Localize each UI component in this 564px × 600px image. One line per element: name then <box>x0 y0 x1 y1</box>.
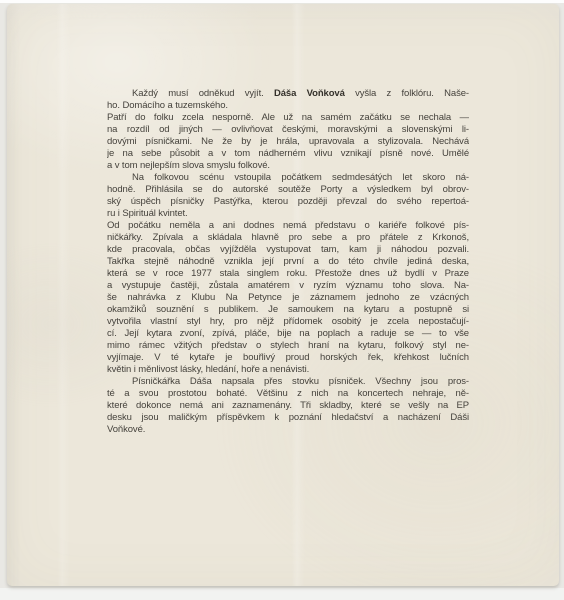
text-segment: a v tom nejlepším slova smyslu folkové. <box>107 160 270 171</box>
text-line: ničkářky. Zpívala a skládala hlavně pro … <box>107 232 469 244</box>
text-segment: vytvořila vlastní styl hry, pro nějž pří… <box>107 316 469 327</box>
text-line: okamžiků souznění s publikem. Je samouke… <box>107 304 469 316</box>
text-segment: je na sebe působit a v tom nádherném vli… <box>107 148 469 159</box>
text-segment: hodně. Přihlásila se do autorské soutěže… <box>107 184 469 195</box>
text-line: na rozdíl od jiných — ovlivňovat českými… <box>107 124 469 136</box>
text-segment: dovými písničkami. Ne že by je hrála, up… <box>107 136 469 147</box>
text-segment: která se v roce 1977 stala singlem roku.… <box>107 268 469 279</box>
text-segment: květin i měnlivost lásky, hledání, hoře … <box>107 364 309 375</box>
text-line: Patří do folku zcela nesporně. Ale už na… <box>107 112 469 124</box>
text-segment: desku jsou maličkým příspěvkem k poznání… <box>107 412 469 423</box>
text-segment: Takřka stejně náhodně vznikla její první… <box>107 256 469 267</box>
text-line: květin i měnlivost lásky, hledání, hoře … <box>107 364 469 376</box>
artist-name: Dáša Voňková <box>274 88 345 99</box>
text-segment: a vystupuje častěji, zůstala amatérem v … <box>107 280 469 291</box>
text-segment: ho. Domácího a tuzemského. <box>107 100 228 111</box>
text-segment: Od počátku neměla a ani dodnes nemá před… <box>107 220 469 231</box>
text-line: kde pracovala, občas vyjížděla vystupova… <box>107 244 469 256</box>
text-line: Takřka stejně náhodně vznikla její první… <box>107 256 469 268</box>
text-segment: které dokonce nemá ani zaznamenány. Tři … <box>107 400 469 411</box>
text-line: ský úspěch písničky Pastýřka, kterou poz… <box>107 196 469 208</box>
scanned-page: Každý musí odněkud vyjít. Dáša Voňková v… <box>0 0 564 600</box>
text-line: desku jsou maličkým příspěvkem k poznání… <box>107 412 469 424</box>
text-segment: Každý musí odněkud vyjít. <box>132 88 274 99</box>
text-line: Písničkářka Dáša napsala přes stovku pís… <box>107 376 469 388</box>
text-line: které dokonce nemá ani zaznamenány. Tři … <box>107 400 469 412</box>
text-line: ru i Spirituál kvintet. <box>107 208 469 220</box>
text-segment: cí. Její kytara zvoní, zpívá, pláče, bij… <box>107 328 469 339</box>
text-segment: mimo rámec vžitých představ o stylech hr… <box>107 340 469 351</box>
text-line: mimo rámec vžitých představ o stylech hr… <box>107 340 469 352</box>
text-segment: Písničkářka Dáša napsala přes stovku pís… <box>132 376 469 387</box>
record-sleeve-back: Každý musí odněkud vyjít. Dáša Voňková v… <box>7 4 559 586</box>
text-line: dovými písničkami. Ne že by je hrála, up… <box>107 136 469 148</box>
text-segment: okamžiků souznění s publikem. Je samouke… <box>107 304 469 315</box>
text-segment: Patří do folku zcela nesporně. Ale už na… <box>107 112 469 123</box>
text-segment: Na folkovou scénu vstoupila počátkem sed… <box>132 172 469 183</box>
text-line: té a svou prostotou bohaté. Většinu z ni… <box>107 388 469 400</box>
text-line: Voňkové. <box>107 424 469 436</box>
text-line: ho. Domácího a tuzemského. <box>107 100 469 112</box>
text-segment: vyjímaje. V té kytaře je bouřlivý proud … <box>107 352 469 363</box>
text-line: Na folkovou scénu vstoupila počátkem sed… <box>107 172 469 184</box>
text-line: a vystupuje častěji, zůstala amatérem v … <box>107 280 469 292</box>
text-line: hodně. Přihlásila se do autorské soutěže… <box>107 184 469 196</box>
text-line: še nahrávka z Klubu Na Petynce je záznam… <box>107 292 469 304</box>
text-line: cí. Její kytara zvoní, zpívá, pláče, bij… <box>107 328 469 340</box>
text-line: Od počátku neměla a ani dodnes nemá před… <box>107 220 469 232</box>
text-segment: Voňkové. <box>107 424 145 435</box>
text-line: a v tom nejlepším slova smyslu folkové. <box>107 160 469 172</box>
text-segment: ru i Spirituál kvintet. <box>107 208 188 219</box>
text-line: Každý musí odněkud vyjít. Dáša Voňková v… <box>107 88 469 100</box>
text-line: vytvořila vlastní styl hry, pro nějž pří… <box>107 316 469 328</box>
liner-notes: Každý musí odněkud vyjít. Dáša Voňková v… <box>107 88 469 436</box>
text-segment: té a svou prostotou bohaté. Většinu z ni… <box>107 388 469 399</box>
text-segment: vyšla z folklóru. Naše- <box>345 88 469 99</box>
text-segment: ský úspěch písničky Pastýřka, kterou poz… <box>107 196 469 207</box>
text-segment: kde pracovala, občas vyjížděla vystupova… <box>107 244 469 255</box>
text-line: vyjímaje. V té kytaře je bouřlivý proud … <box>107 352 469 364</box>
text-line: která se v roce 1977 stala singlem roku.… <box>107 268 469 280</box>
text-line: je na sebe působit a v tom nádherném vli… <box>107 148 469 160</box>
text-segment: na rozdíl od jiných — ovlivňovat českými… <box>107 124 469 135</box>
text-segment: ničkářky. Zpívala a skládala hlavně pro … <box>107 232 469 243</box>
text-segment: še nahrávka z Klubu Na Petynce je záznam… <box>107 292 469 303</box>
